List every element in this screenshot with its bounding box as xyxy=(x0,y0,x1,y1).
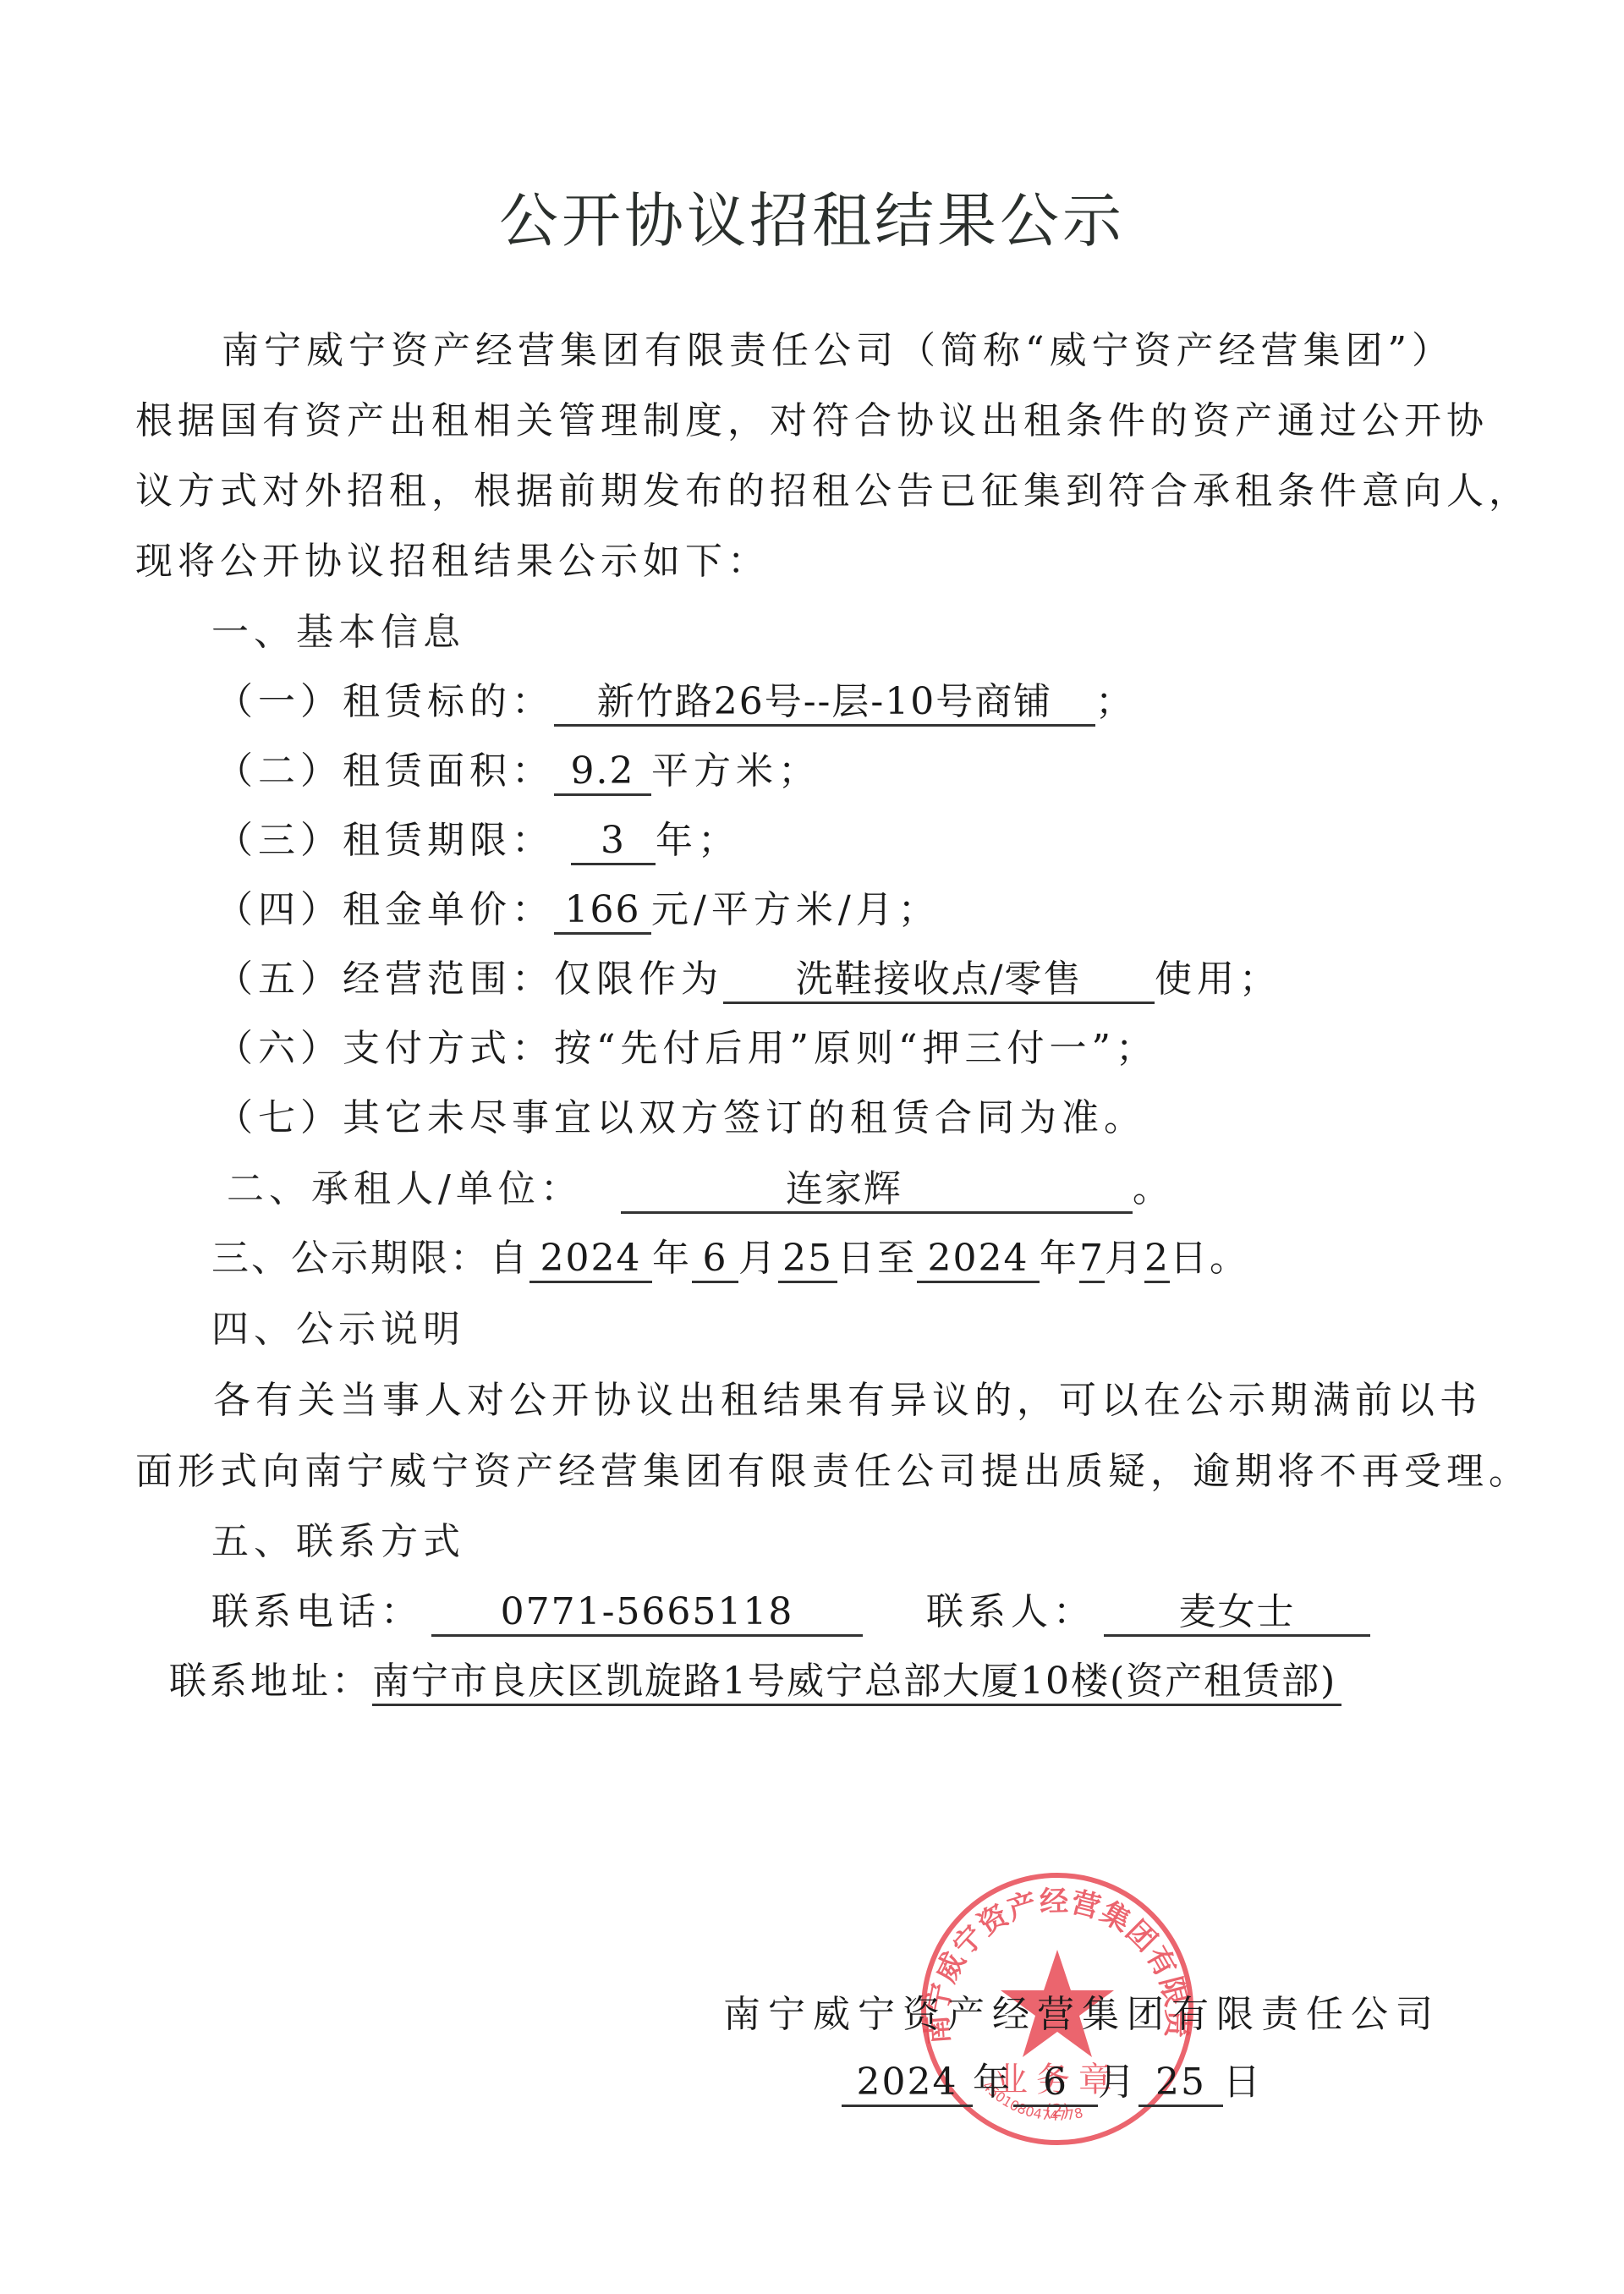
tenant-row: 二、承租人/单位：连家辉。 xyxy=(227,1164,1175,1215)
month-word: 月 xyxy=(738,1237,778,1280)
payment-method-row: （六）支付方式：按“先付后用”原则“押三付一”； xyxy=(216,1024,1158,1074)
year-word: 年 xyxy=(973,2061,1013,2104)
intro-line-4: 现将公开协议招租结果公示如下： xyxy=(135,536,770,587)
tenant-value: 连家辉 xyxy=(621,1167,1133,1214)
lease-subject-label: （一）租赁标的： xyxy=(216,680,554,723)
signature-date: 2024年6月25日 xyxy=(842,2051,1264,2107)
tenant-name: 连家辉 xyxy=(621,1167,903,1210)
contact-person-value: 麦女士 xyxy=(1104,1590,1370,1637)
signature-day: 25 xyxy=(1138,2061,1223,2107)
year-word: 年 xyxy=(1040,1237,1079,1280)
phone-label: 联系电话： xyxy=(211,1590,423,1633)
business-scope-value: 洗鞋接收点/零售 xyxy=(723,958,1155,1004)
year-word: 年 xyxy=(652,1237,692,1280)
from-word: 自 xyxy=(490,1237,529,1280)
lease-area-suffix: 平方米； xyxy=(651,749,820,793)
business-scope-row: （五）经营范围：仅限作为洗鞋接收点/零售使用； xyxy=(216,954,1281,1005)
lease-area-value: 9.2 xyxy=(554,749,651,796)
tenant-label: 二、承租人/单位： xyxy=(227,1167,583,1210)
day-word: 日。 xyxy=(1170,1237,1249,1280)
rent-price-value: 166 xyxy=(554,888,651,935)
start-year: 2024 xyxy=(529,1237,652,1283)
other-matters-row: （七）其它未尽事宜以双方签订的租赁合同为准。 xyxy=(216,1093,1146,1144)
lease-subject-row: （一）租赁标的：新竹路26号--层-10号商铺； xyxy=(216,677,1138,727)
lease-term-value: 3 xyxy=(571,819,656,865)
notice-period-row: 三、公示期限：自2024年6月25日至2024年7月2日。 xyxy=(211,1233,1249,1284)
address-value: 南宁市良庆区凯旋路1号威宁总部大厦10楼(资产租赁部) xyxy=(372,1660,1341,1706)
notice-period-label: 三、公示期限： xyxy=(211,1237,490,1280)
signature-company: 南宁威宁资产经营集团有限责任公司 xyxy=(723,1984,1440,2038)
lease-subject-value: 新竹路26号--层-10号商铺 xyxy=(554,680,1095,727)
notice-line-1: 各有关当事人对公开协议出租结果有异议的，可以在公示期满前以书 xyxy=(213,1375,1482,1426)
phone-value: 0771-5665118 xyxy=(431,1590,863,1637)
rent-price-suffix: 元/平方米/月； xyxy=(651,888,941,931)
section-5-heading: 五、联系方式 xyxy=(211,1517,465,1567)
address-label: 联系地址： xyxy=(169,1660,372,1703)
intro-line-2: 根据国有资产出租相关管理制度，对符合协议出租条件的资产通过公开协 xyxy=(135,396,1489,447)
signature-year: 2024 xyxy=(842,2061,973,2107)
intro-line-3: 议方式对外招租，根据前期发布的招租公告已征集到符合承租条件意向人， xyxy=(135,466,1531,517)
start-day: 25 xyxy=(778,1237,837,1283)
contact-phone-row: 联系电话：0771-5665118联系人：麦女士 xyxy=(211,1587,1370,1638)
day-word: 日 xyxy=(1223,2061,1264,2104)
notice-line-2: 面形式向南宁威宁资产经营集团有限责任公司提出质疑，逾期将不再受理。 xyxy=(135,1446,1531,1497)
rent-price-label: （四）租金单价： xyxy=(216,888,554,931)
end-year: 2024 xyxy=(917,1237,1040,1283)
lease-term-suffix: 年； xyxy=(656,819,740,862)
document-page: 公开协议招租结果公示 南宁威宁资产经营集团有限责任公司（简称“威宁资产经营集团”… xyxy=(0,0,1624,2294)
lease-subject-suffix: ； xyxy=(1095,680,1138,723)
contact-person-label: 联系人： xyxy=(926,1590,1095,1633)
month-word: 月 xyxy=(1105,1237,1144,1280)
to-word: 日至 xyxy=(837,1237,917,1280)
tenant-suffix: 。 xyxy=(1133,1167,1175,1210)
lease-term-row: （三）租赁期限：3年； xyxy=(216,815,740,866)
intro-line-1: 南宁威宁资产经营集团有限责任公司（简称“威宁资产经营集团”） xyxy=(222,326,1454,376)
rent-price-row: （四）租金单价：166元/平方米/月； xyxy=(216,885,941,936)
contact-address-row: 联系地址：南宁市良庆区凯旋路1号威宁总部大厦10楼(资产租赁部) xyxy=(169,1656,1341,1707)
lease-area-label: （二）租赁面积： xyxy=(216,749,554,793)
document-title: 公开协议招租结果公示 xyxy=(0,173,1624,259)
business-scope-suffix: 使用； xyxy=(1155,958,1281,1001)
start-month: 6 xyxy=(692,1237,738,1283)
business-scope-label: （五）经营范围：仅限作为 xyxy=(216,958,723,1001)
month-word: 月 xyxy=(1098,2061,1138,2104)
section-1-heading: 一、基本信息 xyxy=(211,607,465,658)
section-4-heading: 四、公示说明 xyxy=(211,1304,465,1355)
end-day: 2 xyxy=(1144,1237,1170,1283)
lease-area-row: （二）租赁面积：9.2平方米； xyxy=(216,746,820,797)
signature-month: 6 xyxy=(1013,2061,1098,2107)
lease-term-label: （三）租赁期限： xyxy=(216,819,554,862)
end-month: 7 xyxy=(1079,1237,1105,1283)
